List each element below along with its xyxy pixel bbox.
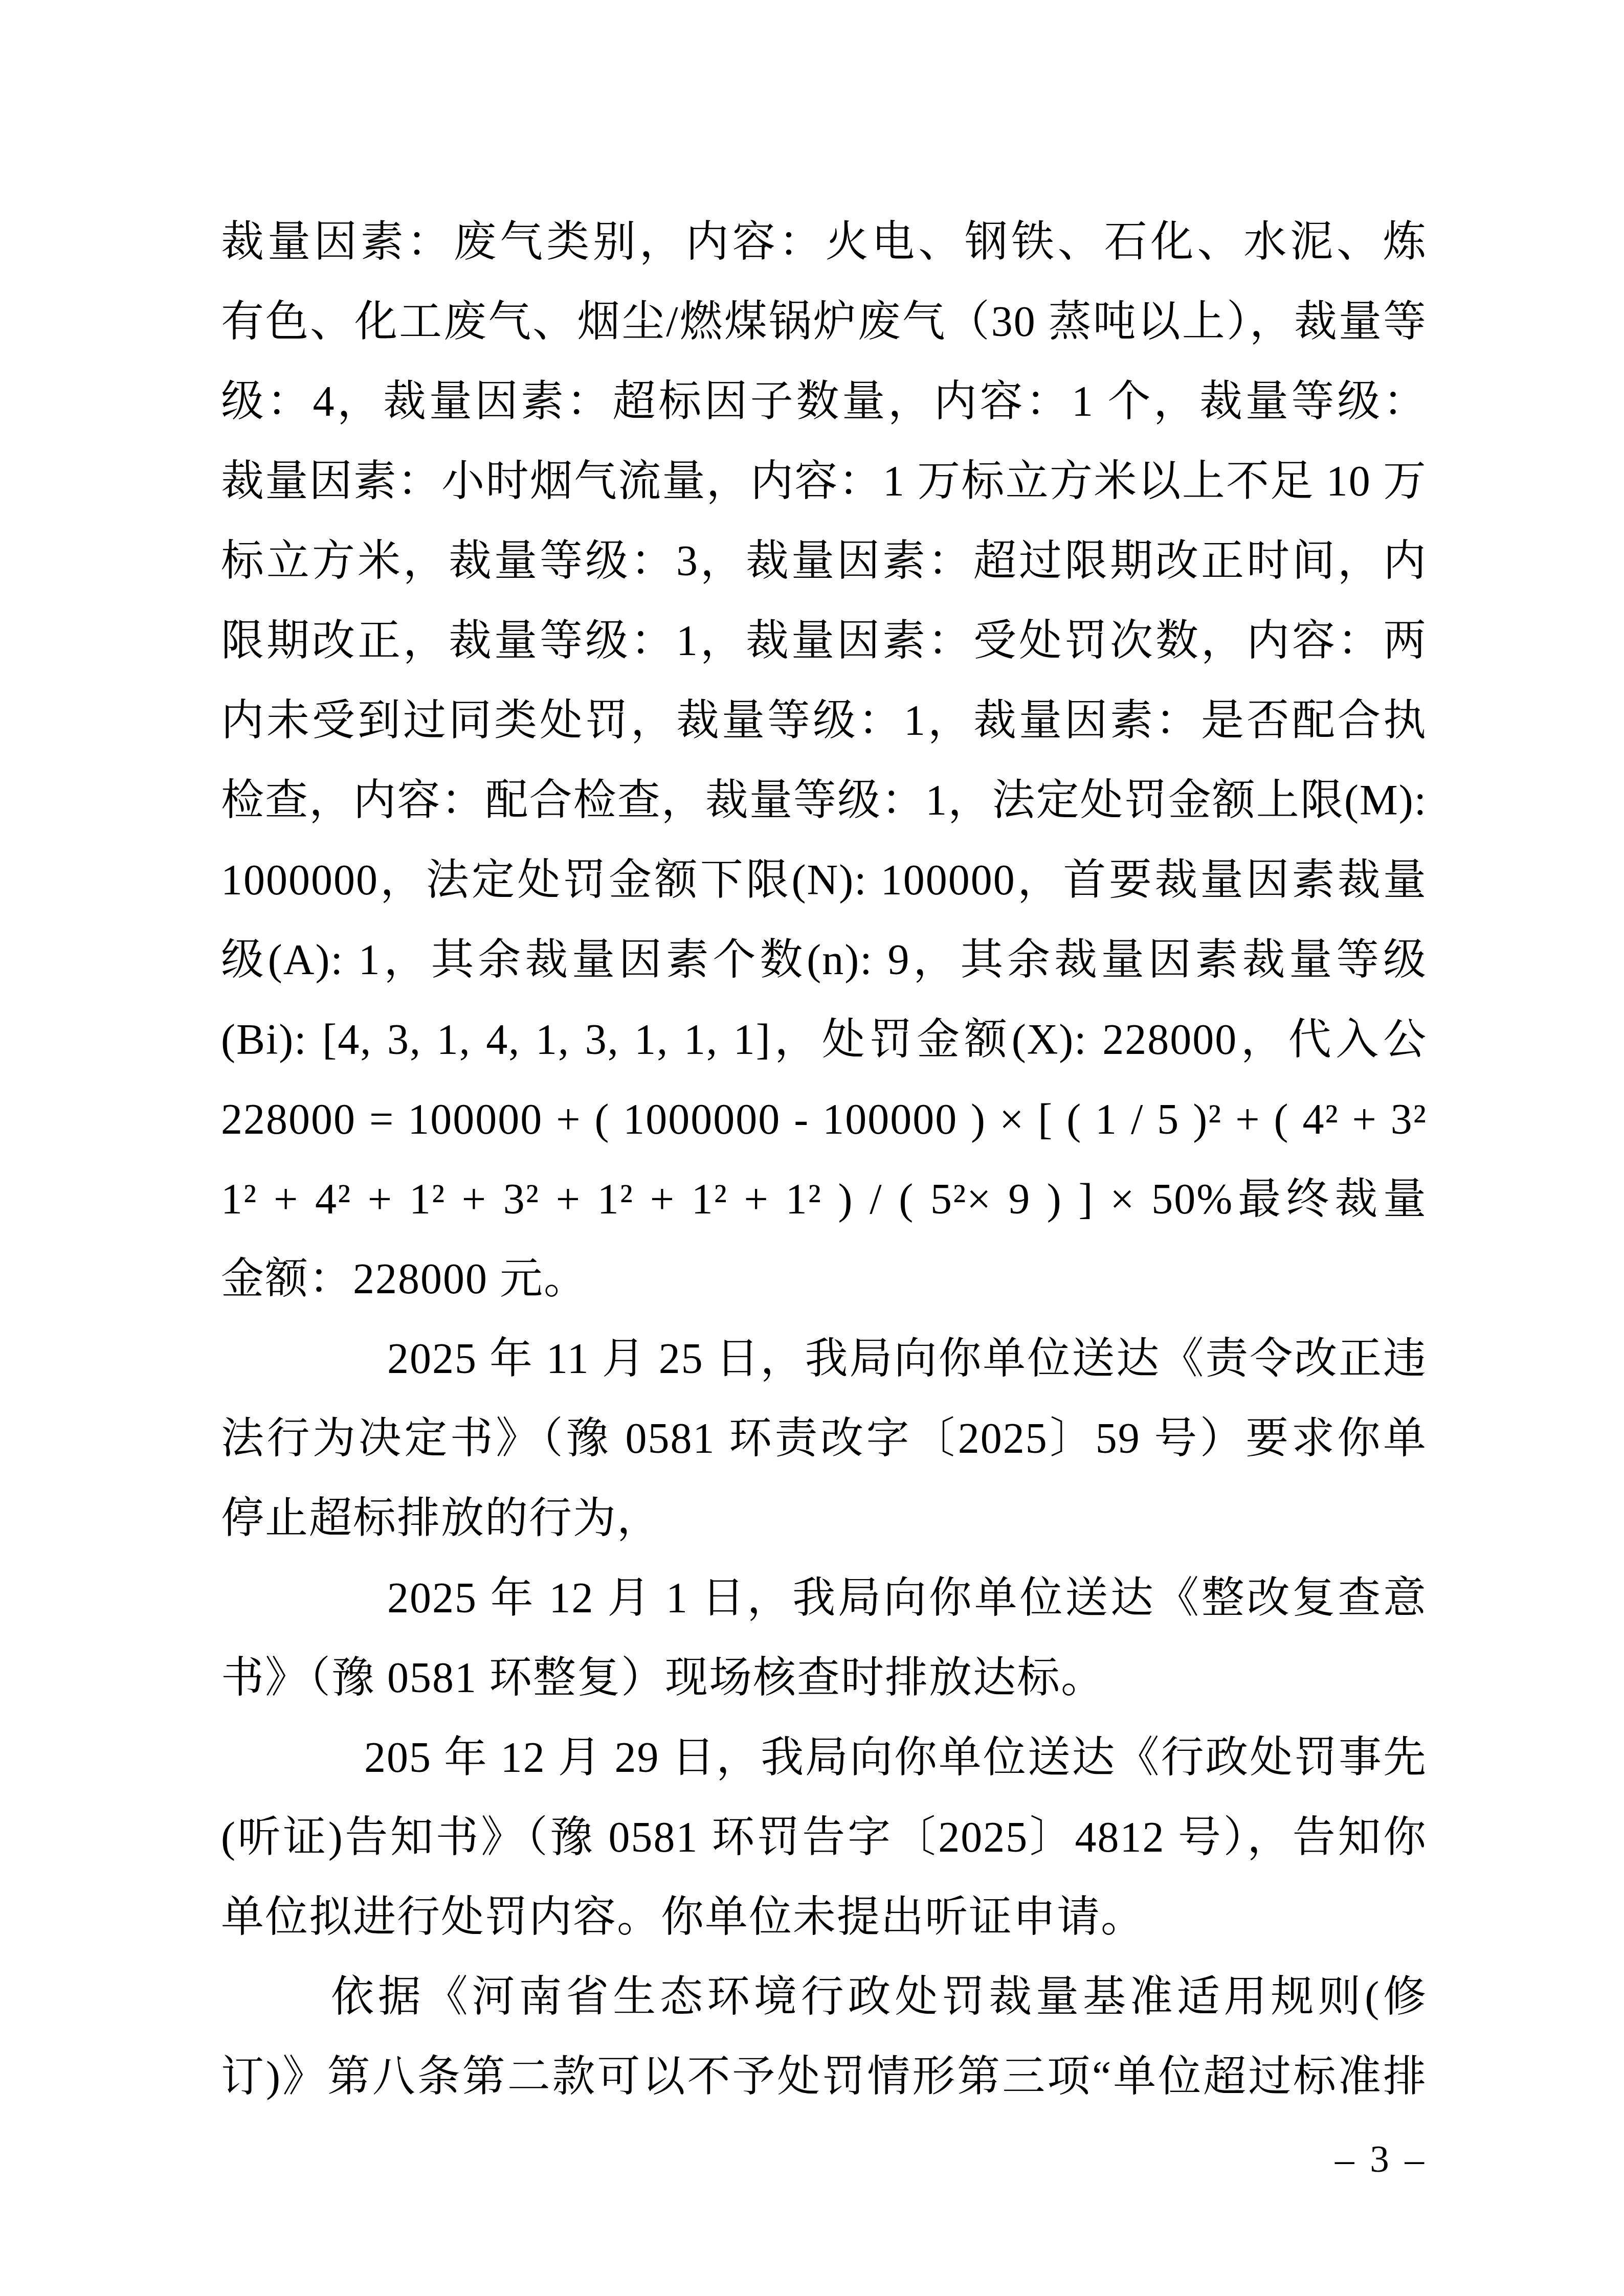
text-line: 内未受到过同类处罚，裁量等级：1，裁量因素：是否配合执法 (221, 681, 1427, 761)
text-line: 书》（豫 0581 环整复）现场核查时排放达标。 (221, 1638, 1427, 1718)
text-line: 1000000，法定处罚金额下限(N): 100000，首要裁量因素裁量等 (221, 841, 1427, 920)
formula-line: 1² + 4² + 1² + 3² + 1² + 1² + 1² ) / ( 5… (221, 1160, 1427, 1240)
text-line: 有色、化工废气、烟尘/燃煤锅炉废气（30 蒸吨以上），裁量等 (221, 282, 1427, 362)
text-line: 级(A): 1，其余裁量因素个数(n): 9，其余裁量因素裁量等级 (221, 920, 1427, 1000)
text-line: 裁量因素：小时烟气流量，内容：1 万标立方米以上不足 10 万 (221, 442, 1427, 522)
text-column: 裁量因素：废气类别，内容：火电、钢铁、石化、水泥、炼焦、 有色、化工废气、烟尘/… (221, 202, 1427, 2117)
paragraph-first-line: 205 年 12 月 29 日，我局向你单位送达《行政处罚事先 (221, 1718, 1427, 1798)
text-line: 标立方米，裁量等级：3，裁量因素：超过限期改正时间，内容： (221, 522, 1427, 601)
formula-line: 228000 = 100000 + ( 1000000 - 100000 ) ×… (221, 1080, 1427, 1160)
text-line: 限期改正，裁量等级：1，裁量因素：受处罚次数，内容：两年 (221, 601, 1427, 681)
text-line: 单位拟进行处罚内容。你单位未提出听证申请。 (221, 1878, 1427, 1957)
text-line: 裁量因素：废气类别，内容：火电、钢铁、石化、水泥、炼焦、 (221, 202, 1427, 282)
paragraph-first-line: 依据《河南省生态环境行政处罚裁量基准适用规则(修 (221, 1957, 1427, 2037)
paragraph-first-line: 2025 年 11 月 25 日，我局向你单位送达《责令改正违 (221, 1319, 1427, 1399)
page-number: – 3 – (1335, 2136, 1427, 2182)
text-line: 级：4，裁量因素：超标因子数量，内容：1 个，裁量等级：1， (221, 362, 1427, 442)
text-line: 停止超标排放的行为， (221, 1479, 1427, 1559)
text-line: (Bi): [4, 3, 1, 4, 1, 3, 1, 1, 1]，处罚金额(X… (221, 1000, 1427, 1080)
paragraph-first-line: 2025 年 12 月 1 日，我局向你单位送达《整改复查意见 (221, 1559, 1427, 1638)
text-line: 检查，内容：配合检查，裁量等级：1，法定处罚金额上限(M): (221, 761, 1427, 841)
text-line: (听证)告知书》（豫 0581 环罚告字〔2025〕4812 号），告知你 (221, 1798, 1427, 1878)
text-line: 法行为决定书》（豫 0581 环责改字〔2025〕59 号）要求你单位 (221, 1399, 1427, 1479)
text-line: 订)》第八条第二款可以不予处罚情形第三项“单位超过标准排 (221, 2037, 1427, 2117)
document-page: 裁量因素：废气类别，内容：火电、钢铁、石化、水泥、炼焦、 有色、化工废气、烟尘/… (0, 0, 1624, 2296)
text-line: 金额：228000 元。 (221, 1240, 1427, 1319)
